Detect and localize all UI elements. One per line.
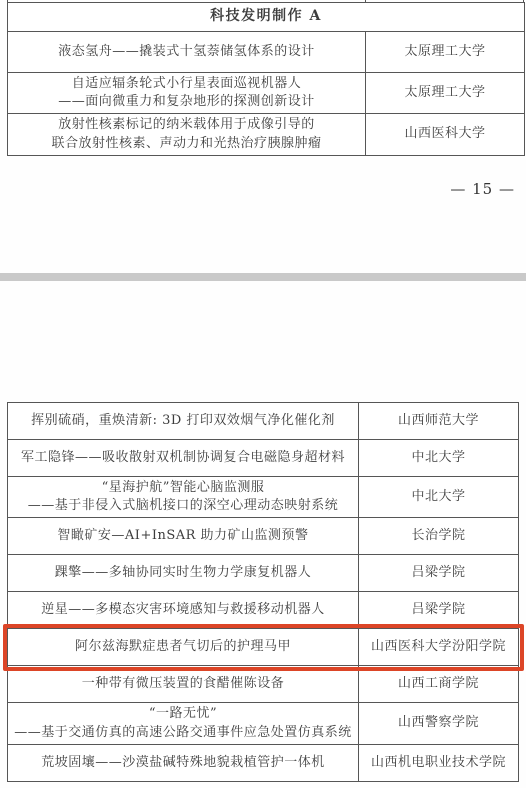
table-row: 智瞰矿安—AI+InSAR 助力矿山监测预警长治学院 <box>8 518 519 555</box>
school-name-cell: 中北大学 <box>359 477 519 518</box>
school-name-cell: 太原理工大学 <box>366 32 525 73</box>
school-name-cell: 山西机电职业技术学院 <box>359 744 519 781</box>
table-row: 挥别硫硝，重焕清新: 3D 打印双效烟气净化催化剂山西师范大学 <box>8 403 519 440</box>
award-table-continued: 挥别硫硝，重焕清新: 3D 打印双效烟气净化催化剂山西师范大学军工隐锋——吸收散… <box>7 402 519 782</box>
table-row: 逆星——多模态灾害环境感知与救援移动机器人吕梁学院 <box>8 592 519 629</box>
project-title-cell: 智瞰矿安—AI+InSAR 助力矿山监测预警 <box>8 518 359 555</box>
school-name-cell: 太原理工大学 <box>366 73 525 114</box>
document-page: 科技发明制作 A 液态氢舟——撬装式十氢萘储氢体系的设计太原理工大学自适应辐条轮… <box>0 0 526 788</box>
school-name-cell: 山西医科大学 <box>366 114 525 155</box>
table1-body: 液态氢舟——撬装式十氢萘储氢体系的设计太原理工大学自适应辐条轮式小行星表面巡视机… <box>8 32 525 156</box>
table-row: 阿尔兹海默症患者气切后的护理马甲山西医科大学汾阳学院 <box>8 629 519 666</box>
table-row: 荒坡固壤——沙漠盐碱特殊地貌栽植管护一体机山西机电职业技术学院 <box>8 744 519 781</box>
project-title-cell: 踝擎——多轴协同实时生物力学康复机器人 <box>8 555 359 592</box>
school-name-cell: 山西师范大学 <box>359 403 519 440</box>
project-title-cell: 自适应辐条轮式小行星表面巡视机器人 ——面向微重力和复杂地形的探测创新设计 <box>8 73 366 114</box>
project-title-cell: 挥别硫硝，重焕清新: 3D 打印双效烟气净化催化剂 <box>8 403 359 440</box>
project-title-cell: 逆星——多模态灾害环境感知与救援移动机器人 <box>8 592 359 629</box>
project-title-cell: “星海护航”智能心脑监测服 ——基于非侵入式脑机接口的深空心理动态映射系统 <box>8 477 359 518</box>
table-row: 军工隐锋——吸收散射双机制协调复合电磁隐身超材料中北大学 <box>8 440 519 477</box>
table-row: 一种带有微压装置的食醋催陈设备山西工商学院 <box>8 666 519 703</box>
school-name-cell: 长治学院 <box>359 518 519 555</box>
project-title-cell: 军工隐锋——吸收散射双机制协调复合电磁隐身超材料 <box>8 440 359 477</box>
school-name-cell: 山西警察学院 <box>359 703 519 744</box>
section-title: 科技发明制作 A <box>8 3 525 32</box>
page-separator-band <box>0 273 526 281</box>
page-number: — 15 — <box>450 180 515 198</box>
table-row: 放射性核素标记的纳米载体用于成像引导的 联合放射性核素、声动力和光热治疗胰腺肿瘤… <box>8 114 525 155</box>
school-name-cell: 山西医科大学汾阳学院 <box>359 629 519 666</box>
school-name-cell: 吕梁学院 <box>359 555 519 592</box>
table-row: “星海护航”智能心脑监测服 ——基于非侵入式脑机接口的深空心理动态映射系统中北大… <box>8 477 519 518</box>
table-row: “一路无忧” ——基于交通仿真的高速公路交通事件应急处置仿真系统山西警察学院 <box>8 703 519 744</box>
award-table-section-a: 科技发明制作 A 液态氢舟——撬装式十氢萘储氢体系的设计太原理工大学自适应辐条轮… <box>7 2 525 156</box>
project-title-cell: “一路无忧” ——基于交通仿真的高速公路交通事件应急处置仿真系统 <box>8 703 359 744</box>
table-header-row: 科技发明制作 A <box>8 3 525 32</box>
table2-body: 挥别硫硝，重焕清新: 3D 打印双效烟气净化催化剂山西师范大学军工隐锋——吸收散… <box>8 403 519 782</box>
project-title-cell: 阿尔兹海默症患者气切后的护理马甲 <box>8 629 359 666</box>
project-title-cell: 荒坡固壤——沙漠盐碱特殊地貌栽植管护一体机 <box>8 744 359 781</box>
school-name-cell: 吕梁学院 <box>359 592 519 629</box>
project-title-cell: 液态氢舟——撬装式十氢萘储氢体系的设计 <box>8 32 366 73</box>
project-title-cell: 一种带有微压装置的食醋催陈设备 <box>8 666 359 703</box>
project-title-cell: 放射性核素标记的纳米载体用于成像引导的 联合放射性核素、声动力和光热治疗胰腺肿瘤 <box>8 114 366 155</box>
table-row: 踝擎——多轴协同实时生物力学康复机器人吕梁学院 <box>8 555 519 592</box>
school-name-cell: 中北大学 <box>359 440 519 477</box>
table-row: 自适应辐条轮式小行星表面巡视机器人 ——面向微重力和复杂地形的探测创新设计太原理… <box>8 73 525 114</box>
school-name-cell: 山西工商学院 <box>359 666 519 703</box>
table-row: 液态氢舟——撬装式十氢萘储氢体系的设计太原理工大学 <box>8 32 525 73</box>
